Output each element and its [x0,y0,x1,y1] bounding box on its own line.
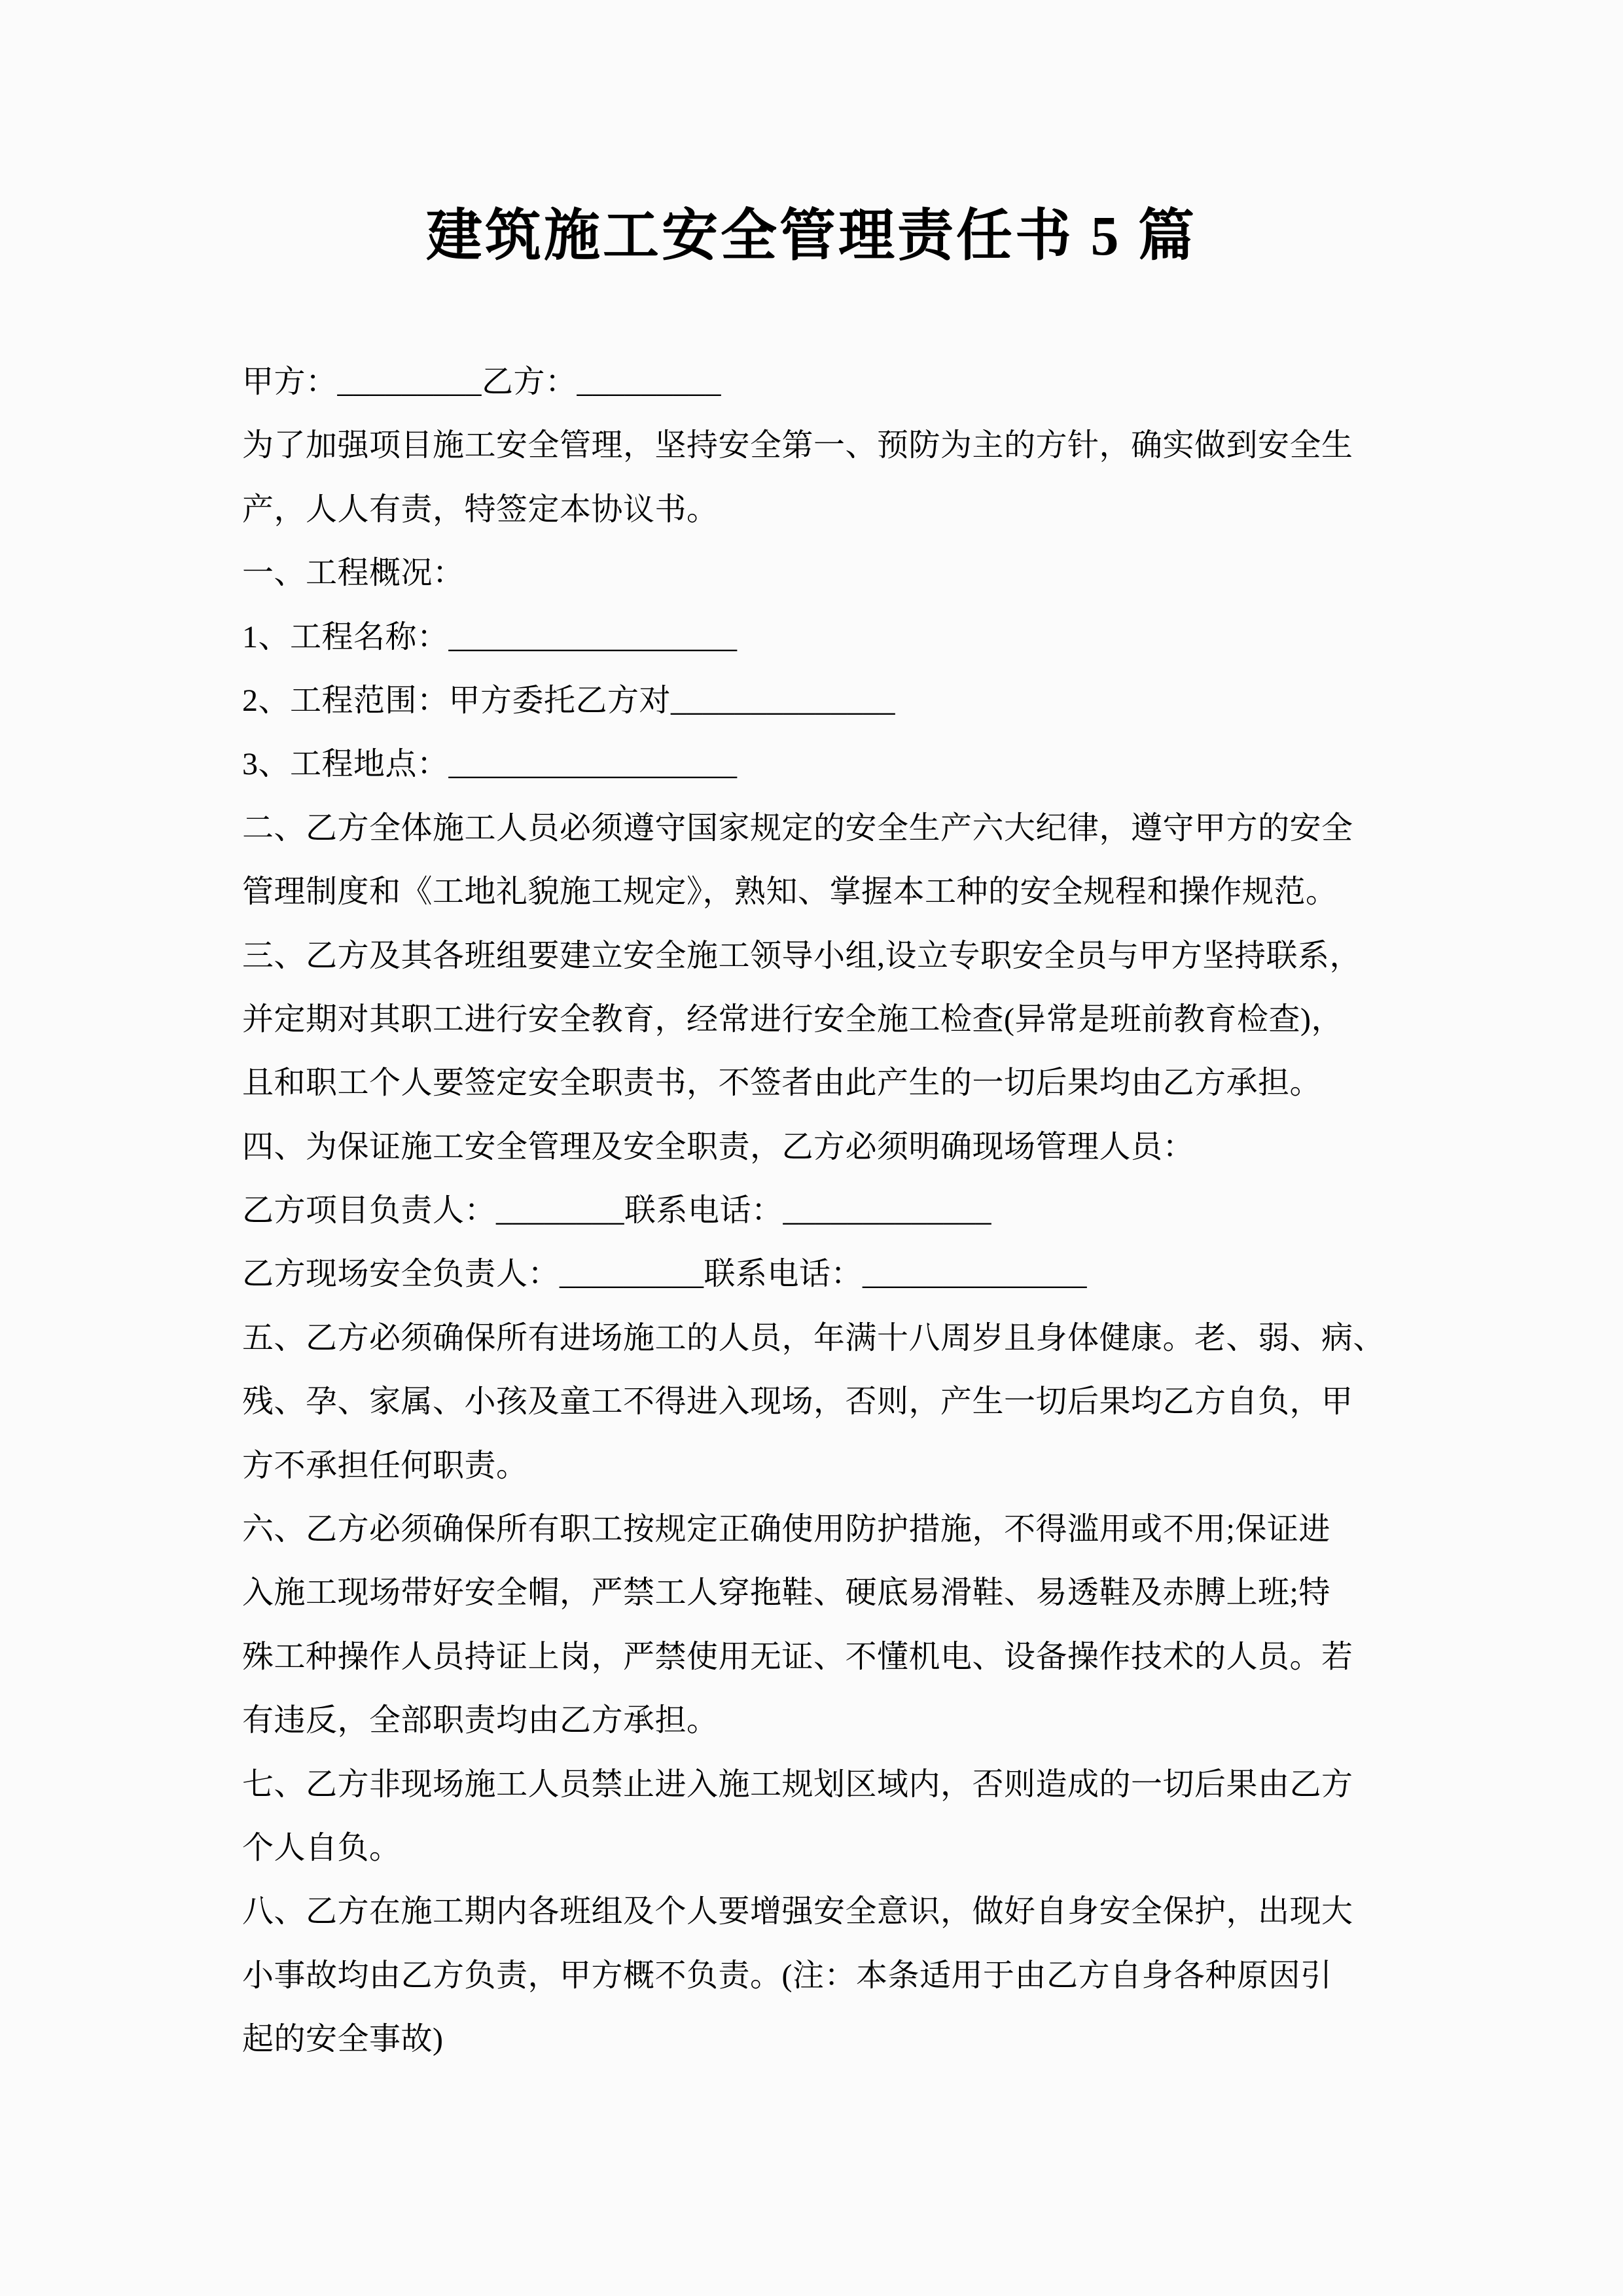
document-line: 乙方项目负责人：________联系电话：_____________ [242,1179,1394,1242]
document-line: 并定期对其职工进行安全教育，经常进行安全施工检查(异常是班前教育检查)， [242,988,1394,1051]
document-line: 八、乙方在施工期内各班组及个人要增强安全意识，做好自身安全保护，出现大 [242,1880,1394,1943]
document-line: 3、工程地点：__________________ [242,732,1394,796]
document-line: 2、工程范围：甲方委托乙方对______________ [242,669,1394,732]
document-line: 小事故均由乙方负责，甲方概不负责。(注：本条适用于由乙方自身各种原因引 [242,1944,1394,2007]
document-line: 且和职工个人要签定安全职责书，不签者由此产生的一切后果均由乙方承担。 [242,1051,1394,1115]
document-line: 二、乙方全体施工人员必须遵守国家规定的安全生产六大纪律，遵守甲方的安全 [242,797,1394,860]
document-line: 方不承担任何职责。 [242,1434,1394,1498]
document-line: 一、工程概况： [242,541,1394,605]
document-line: 四、为保证施工安全管理及安全职责，乙方必须明确现场管理人员： [242,1115,1394,1179]
document-line: 个人自负。 [242,1816,1394,1880]
document-line: 1、工程名称：__________________ [242,605,1394,669]
document-line: 三、乙方及其各班组要建立安全施工领导小组,设立专职安全员与甲方坚持联系， [242,924,1394,988]
document-line: 有违反，全部职责均由乙方承担。 [242,1689,1394,1752]
document-body: 甲方：_________乙方：_________为了加强项目施工安全管理，坚持安… [242,350,1394,2072]
document-line: 残、孕、家属、小孩及童工不得进入现场，否则，产生一切后果均乙方自负，甲 [242,1370,1394,1433]
document-title: 建筑施工安全管理责任书 5 篇 [0,202,1623,270]
document-line: 乙方现场安全负责人：_________联系电话：______________ [242,1242,1394,1306]
document-line: 五、乙方必须确保所有进场施工的人员，年满十八周岁且身体健康。老、弱、病、 [242,1306,1394,1370]
document-line: 甲方：_________乙方：_________ [242,350,1394,414]
document-line: 为了加强项目施工安全管理，坚持安全第一、预防为主的方针，确实做到安全生 [242,414,1394,477]
document-line: 管理制度和《工地礼貌施工规定》，熟知、掌握本工种的安全规程和操作规范。 [242,860,1394,924]
document-page: 建筑施工安全管理责任书 5 篇 甲方：_________乙方：_________… [0,0,1623,2296]
document-line: 起的安全事故) [242,2007,1394,2071]
document-line: 六、乙方必须确保所有职工按规定正确使用防护措施，不得滥用或不用;保证进 [242,1498,1394,1561]
document-line: 入施工现场带好安全帽，严禁工人穿拖鞋、硬底易滑鞋、易透鞋及赤膊上班;特 [242,1561,1394,1624]
document-line: 产，人人有责，特签定本协议书。 [242,478,1394,541]
document-line: 七、乙方非现场施工人员禁止进入施工规划区域内，否则造成的一切后果由乙方 [242,1753,1394,1816]
document-line: 殊工种操作人员持证上岗，严禁使用无证、不懂机电、设备操作技术的人员。若 [242,1625,1394,1689]
